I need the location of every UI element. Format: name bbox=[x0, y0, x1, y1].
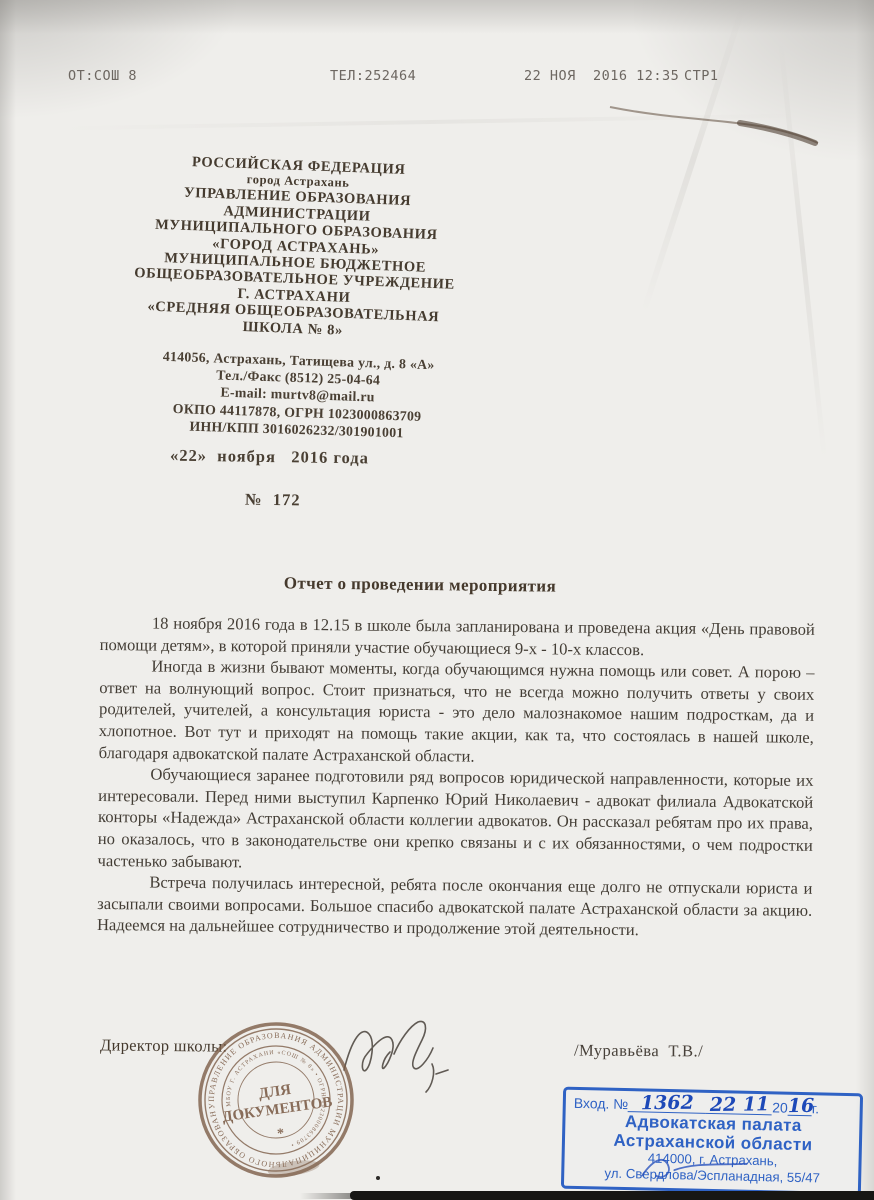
body-paragraph: Встреча получилась интересной, ребята по… bbox=[97, 871, 813, 943]
stamp-asterisk: * bbox=[276, 1126, 285, 1142]
scan-shadow-top bbox=[0, 0, 874, 34]
document-date: «22» ноября 2016 года bbox=[170, 446, 369, 469]
scan-streak-artifact bbox=[600, 85, 840, 155]
fax-telephone: ТЕЛ:252464 bbox=[330, 68, 416, 84]
stamp-center-line1: ДЛЯ bbox=[258, 1082, 292, 1102]
fax-sender: ОТ:СОШ 8 bbox=[68, 68, 137, 84]
body-paragraph: Иногда в жизни бывают моменты, когда обу… bbox=[99, 655, 815, 770]
stamp-entry-number-handwritten: 1362 bbox=[641, 1096, 694, 1111]
stamp-year-field: 16 bbox=[788, 1099, 812, 1117]
body-paragraph: Обучающиеся заранее подготовили ряд вопр… bbox=[98, 763, 814, 878]
scan-black-bar bbox=[350, 1191, 874, 1200]
handwritten-mark-on-stamp bbox=[634, 1153, 755, 1186]
stamp-year-handwritten: 16 bbox=[788, 1099, 815, 1113]
scan-bar-fade bbox=[300, 1193, 352, 1199]
stamp-entry-date-field: 22 11 bbox=[706, 1097, 772, 1115]
incoming-registration-stamp: Вход. № 1362 22 11 20 16 г. Адвокатская … bbox=[561, 1087, 863, 1196]
body-paragraph: 18 ноября 2016 года в 12.15 в школе была… bbox=[100, 612, 815, 662]
letterhead: РОССИЙСКАЯ ФЕДЕРАЦИЯ город Астрахань УПР… bbox=[102, 151, 490, 344]
document-number: № 172 bbox=[245, 490, 301, 511]
stamp-entry-prefix: Вход. № bbox=[574, 1095, 629, 1112]
scan-shadow-right-edge bbox=[856, 0, 874, 1200]
ink-speck bbox=[376, 1176, 380, 1180]
scan-shadow-left-edge bbox=[0, 0, 16, 1200]
fax-header: ОТ:СОШ 8 ТЕЛ:252464 22 НОЯ 2016 12:35 СТ… bbox=[0, 68, 874, 88]
scanned-document-page: ОТ:СОШ 8 ТЕЛ:252464 22 НОЯ 2016 12:35 СТ… bbox=[0, 0, 874, 1200]
document-title: Отчет о проведении мероприятия bbox=[100, 571, 740, 599]
stamp-entry-date-handwritten: 22 11 bbox=[709, 1097, 769, 1112]
signature-name: /Муравьёва Т.В./ bbox=[574, 1041, 703, 1062]
contact-block: 414056, Астрахань, Татищева ул., д. 8 «А… bbox=[95, 346, 500, 445]
stamp-entry-number-field: 1362 bbox=[628, 1095, 706, 1114]
round-school-stamp: УПРАВЛЕНИЕ ОБРАЗОВАНИЯ АДМИНИСТРАЦИИ МУН… bbox=[177, 1001, 376, 1200]
stamp-year-printed: 20 bbox=[772, 1099, 788, 1115]
document-body: 18 ноября 2016 года в 12.15 в школе была… bbox=[97, 612, 815, 943]
fax-datetime: 22 НОЯ 2016 12:35 bbox=[524, 68, 679, 84]
paper-wrinkle bbox=[641, 7, 746, 313]
scan-shadow-top-left bbox=[0, 0, 240, 120]
fax-page-number: СТР1 bbox=[684, 68, 719, 84]
